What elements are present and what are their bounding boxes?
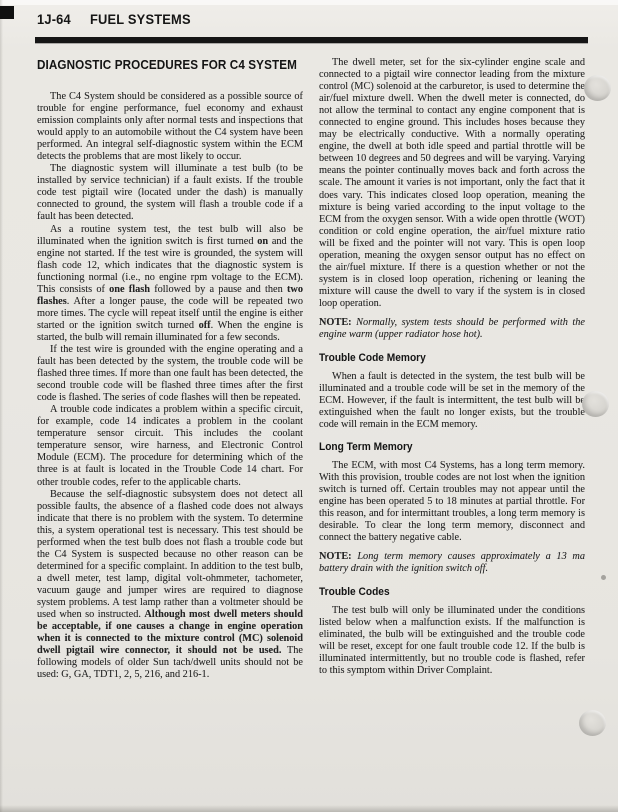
section-heading-text: Trouble Codes — [319, 586, 390, 598]
paragraph: As a routine system test, the test bulb … — [37, 224, 303, 344]
section-heading: Trouble Code Memory — [319, 352, 585, 364]
page-header: 1J-64 FUEL SYSTEMS — [37, 11, 199, 27]
scan-edge-bottom — [0, 805, 618, 812]
hole-punch — [584, 75, 611, 101]
section-heading: Trouble Codes — [319, 586, 585, 598]
section-heading: Long Term Memory — [319, 441, 585, 453]
section-title: FUEL SYSTEMS — [90, 11, 191, 27]
right-column: The dwell meter, set for the six-cylinde… — [319, 57, 585, 677]
paragraph: The dwell meter, set for the six-cylinde… — [319, 57, 585, 310]
section-heading-text: Long Term Memory — [319, 441, 413, 453]
left-column: DIAGNOSTIC PROCEDURES FOR C4 SYSTEM The … — [37, 57, 303, 681]
scan-edge-left — [0, 0, 3, 812]
scanned-manual-page: 1J-64 FUEL SYSTEMS DIAGNOSTIC PROCEDURES… — [0, 0, 618, 812]
scan-corner-mark — [0, 6, 14, 19]
paragraph: If the test wire is grounded with the en… — [37, 344, 303, 404]
scan-speck — [601, 575, 606, 580]
note-paragraph: NOTE: Long term memory causes approximat… — [319, 551, 585, 576]
paragraph: When a fault is detected in the system, … — [319, 371, 585, 431]
paragraph: A trouble code indicates a problem withi… — [37, 404, 303, 488]
paragraph: The ECM, with most C4 Systems, has a lon… — [319, 460, 585, 544]
note-paragraph: NOTE: Normally, system tests should be p… — [319, 317, 585, 342]
section-heading-text: Trouble Code Memory — [319, 352, 426, 364]
hole-punch — [582, 391, 609, 417]
header-rule — [35, 37, 588, 43]
main-heading: DIAGNOSTIC PROCEDURES FOR C4 SYSTEM — [37, 57, 303, 72]
page-number: 1J-64 — [37, 11, 71, 27]
main-heading-text: DIAGNOSTIC PROCEDURES FOR C4 SYSTEM — [37, 57, 297, 72]
scan-edge-top — [0, 0, 618, 5]
hole-punch — [579, 710, 606, 736]
paragraph: The diagnostic system will illuminate a … — [37, 163, 303, 223]
paragraph: The C4 System should be considered as a … — [37, 91, 303, 163]
paragraph: Because the self-diagnostic subsystem do… — [37, 489, 303, 682]
paragraph: The test bulb will only be illuminated u… — [319, 605, 585, 677]
